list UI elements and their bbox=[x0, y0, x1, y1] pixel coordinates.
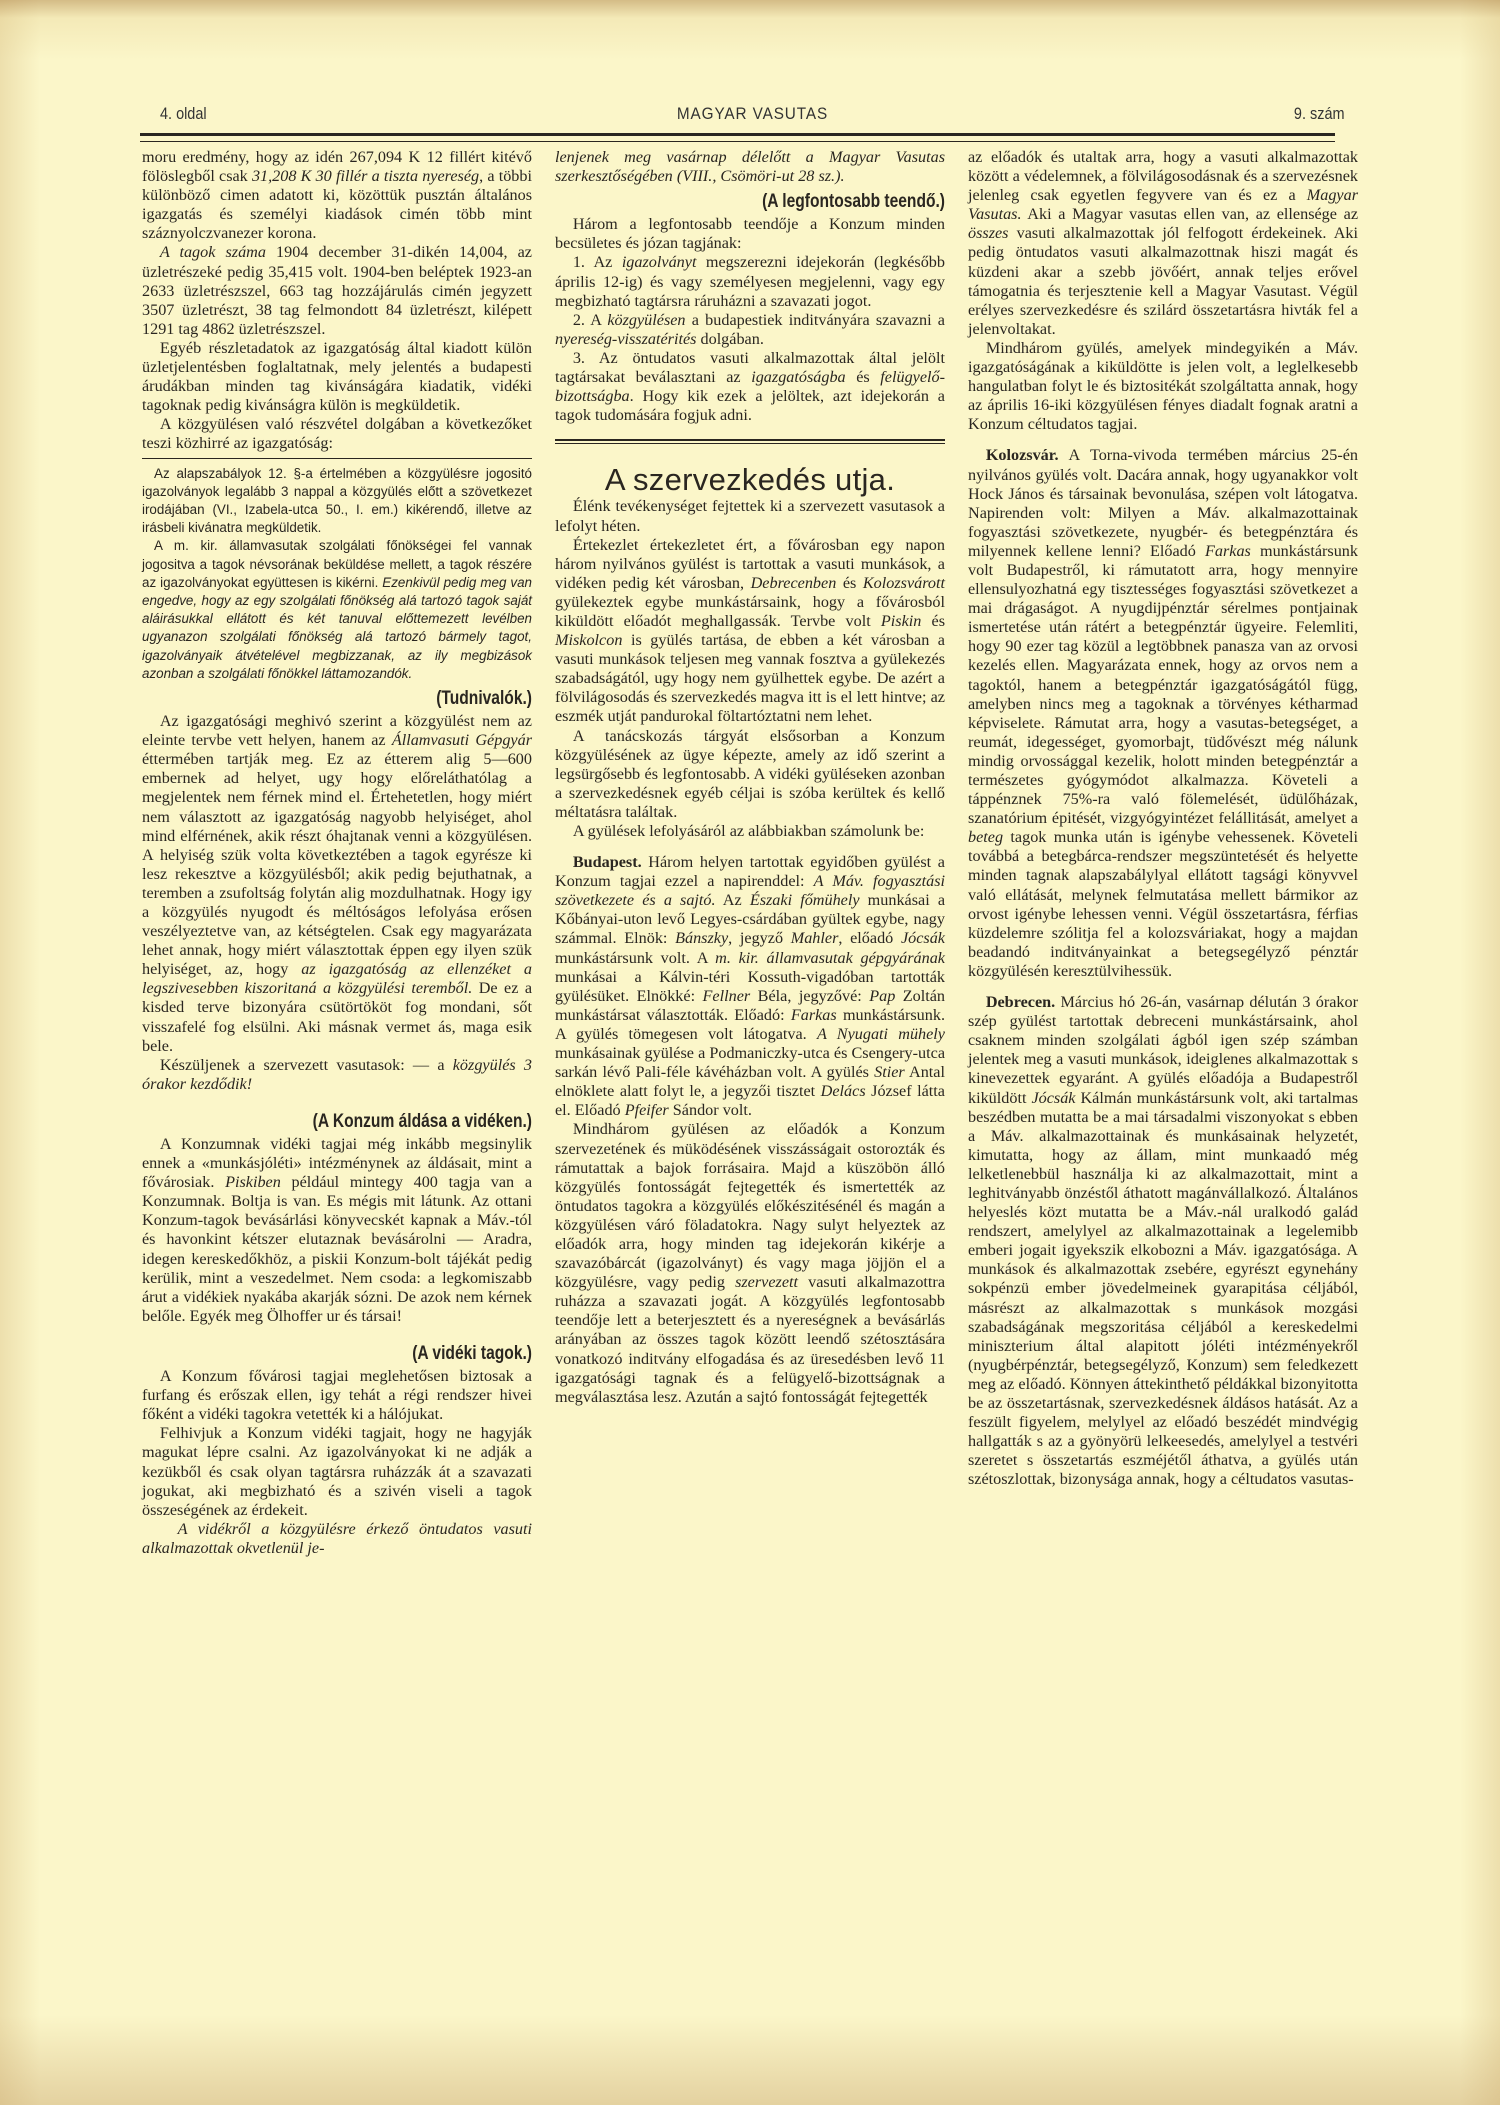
column-2: lenjenek meg vasárnap délelőtt a Magyar … bbox=[555, 148, 945, 1407]
column-1: moru eredmény, hogy az idén 267,094 K 12… bbox=[142, 148, 532, 1558]
paragraph: moru eredmény, hogy az idén 267,094 K 12… bbox=[142, 148, 532, 243]
paragraph: A tanácskozás tárgyát elsősorban a Konzu… bbox=[555, 727, 945, 822]
subheading-videki-tagok: (A vidéki tagok.) bbox=[212, 1344, 532, 1363]
paragraph-kolozsvar: Kolozsvár. A Torna-vivoda termében márci… bbox=[968, 446, 1358, 981]
newspaper-page: 4. oldal MAGYAR VASUTAS 9. szám moru ere… bbox=[0, 0, 1500, 2105]
list-item: 2. A közgyülésen a budapestiek inditvány… bbox=[555, 311, 945, 349]
paragraph: Az igazgatósági meghivó szerint a közgyü… bbox=[142, 712, 532, 1056]
paragraph: A Konzum fővárosi tagjai meglehetősen bi… bbox=[142, 1367, 532, 1424]
paragraph: lenjenek meg vasárnap délelőtt a Magyar … bbox=[555, 148, 945, 186]
page-header: 4. oldal MAGYAR VASUTAS 9. szám bbox=[160, 104, 1345, 130]
paragraph: Készüljenek a szervezett vasutasok: — a … bbox=[142, 1056, 532, 1094]
paragraph: Élénk tevékenységet fejtettek ki a szerv… bbox=[555, 497, 945, 535]
list-item: 1. Az igazolványt megszerezni idejekorán… bbox=[555, 253, 945, 310]
header-rule bbox=[140, 133, 1335, 142]
paragraph: A tagok száma 1904 december 31-dikén 14,… bbox=[142, 243, 532, 338]
divider bbox=[142, 458, 532, 459]
article-divider bbox=[555, 439, 945, 444]
paragraph: A közgyülésen való részvétel dolgában a … bbox=[142, 415, 532, 453]
paragraph: A vidékről a közgyülésre érkező öntudato… bbox=[142, 1520, 532, 1558]
paragraph: A Konzumnak vidéki tagjai még inkább meg… bbox=[142, 1135, 532, 1326]
paragraph-debrecen: Debrecen. Március hó 26-án, vasárnap dél… bbox=[968, 993, 1358, 1489]
subheading-konzum-aldasa: (A Konzum áldása a vidéken.) bbox=[212, 1112, 532, 1131]
paragraph: Egyéb részletadatok az igazgatóság által… bbox=[142, 339, 532, 415]
paragraph: Felhivjuk a Konzum vidéki tagjait, hogy … bbox=[142, 1424, 532, 1519]
notice-paragraph: A m. kir. államvasutak szolgálati főnöks… bbox=[142, 537, 532, 683]
list-item: 3. Az öntudatos vasuti alkalmazottak ált… bbox=[555, 349, 945, 425]
article-title: A szervezkedés utja. bbox=[555, 470, 945, 489]
page-number: 4. oldal bbox=[160, 104, 207, 124]
paragraph: Mindhárom gyülésen az előadók a Konzum s… bbox=[555, 1120, 945, 1406]
paragraph: Három a legfontosabb teendője a Konzum m… bbox=[555, 215, 945, 253]
paragraph: A gyülések lefolyásáról az alábbiakban s… bbox=[555, 822, 945, 841]
subheading-tudnivalok: (Tudnivalók.) bbox=[212, 689, 532, 708]
column-3: az előadók és utaltak arra, hogy a vasut… bbox=[968, 148, 1358, 1489]
paragraph: az előadók és utaltak arra, hogy a vasut… bbox=[968, 148, 1358, 339]
paragraph: Értekezlet értekezletet ért, a fővárosba… bbox=[555, 536, 945, 727]
newspaper-title: MAGYAR VASUTAS bbox=[219, 104, 1286, 124]
issue-number: 9. szám bbox=[1294, 104, 1345, 124]
paragraph: Mindhárom gyülés, amelyek mindegyikén a … bbox=[968, 339, 1358, 434]
paragraph-budapest: Budapest. Három helyen tartottak egyidőb… bbox=[555, 853, 945, 1120]
notice-paragraph: Az alapszabályok 12. §-a értelmében a kö… bbox=[142, 465, 532, 538]
subheading-legfontosabb-teendo: (A legfontosabb teendő.) bbox=[625, 192, 945, 211]
